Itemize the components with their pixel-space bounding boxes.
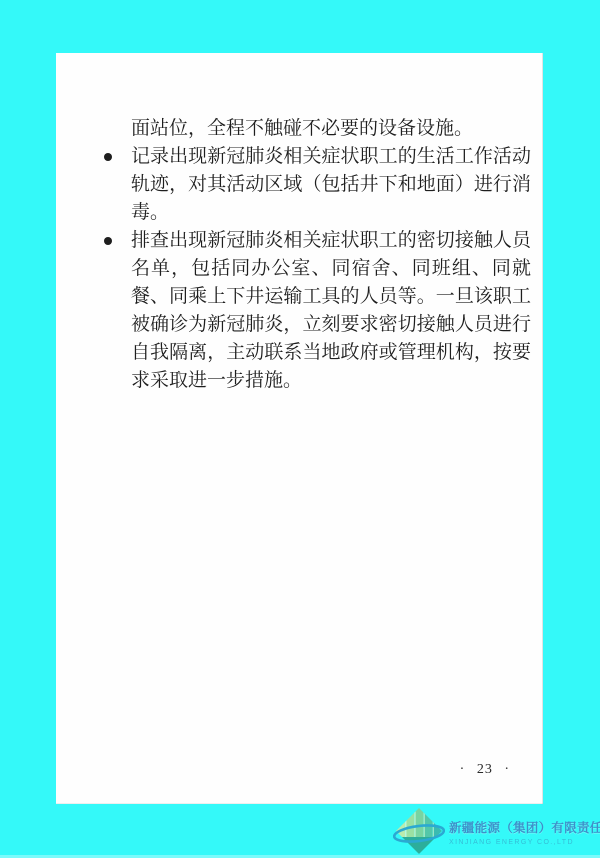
paragraph-continuation: 面站位，全程不触碰不必要的设备设施。	[131, 115, 531, 143]
company-name-zh: 新疆能源（集团）有限责任公司	[449, 818, 600, 836]
bullet-text: 排查出现新冠肺炎相关症状职工的密切接触人员名单，包括同办公室、同宿舍、同班组、同…	[131, 227, 531, 395]
bullet-item: 记录出现新冠肺炎相关症状职工的生活工作活动轨迹，对其活动区域（包括井下和地面）进…	[131, 143, 531, 227]
company-name-block: 新疆能源（集团）有限责任公司 XINJIANG ENERGY CO.,LTD	[449, 818, 600, 846]
bullet-text: 记录出现新冠肺炎相关症状职工的生活工作活动轨迹，对其活动区域（包括井下和地面）进…	[131, 143, 531, 227]
company-logo-icon	[393, 807, 445, 857]
page-text-block: 面站位，全程不触碰不必要的设备设施。 记录出现新冠肺炎相关症状职工的生活工作活动…	[131, 115, 531, 395]
company-name-en: XINJIANG ENERGY CO.,LTD	[449, 839, 600, 846]
page-number: · 23 ·	[460, 762, 510, 778]
bullet-icon	[104, 153, 112, 161]
bullet-icon	[104, 237, 112, 245]
bullet-item: 排查出现新冠肺炎相关症状职工的密切接触人员名单，包括同办公室、同宿舍、同班组、同…	[131, 227, 531, 395]
scanned-document-canvas: 面站位，全程不触碰不必要的设备设施。 记录出现新冠肺炎相关症状职工的生活工作活动…	[0, 0, 600, 858]
company-watermark: 新疆能源（集团）有限责任公司 XINJIANG ENERGY CO.,LTD	[393, 806, 598, 858]
document-page: 面站位，全程不触碰不必要的设备设施。 记录出现新冠肺炎相关症状职工的生活工作活动…	[56, 53, 543, 804]
